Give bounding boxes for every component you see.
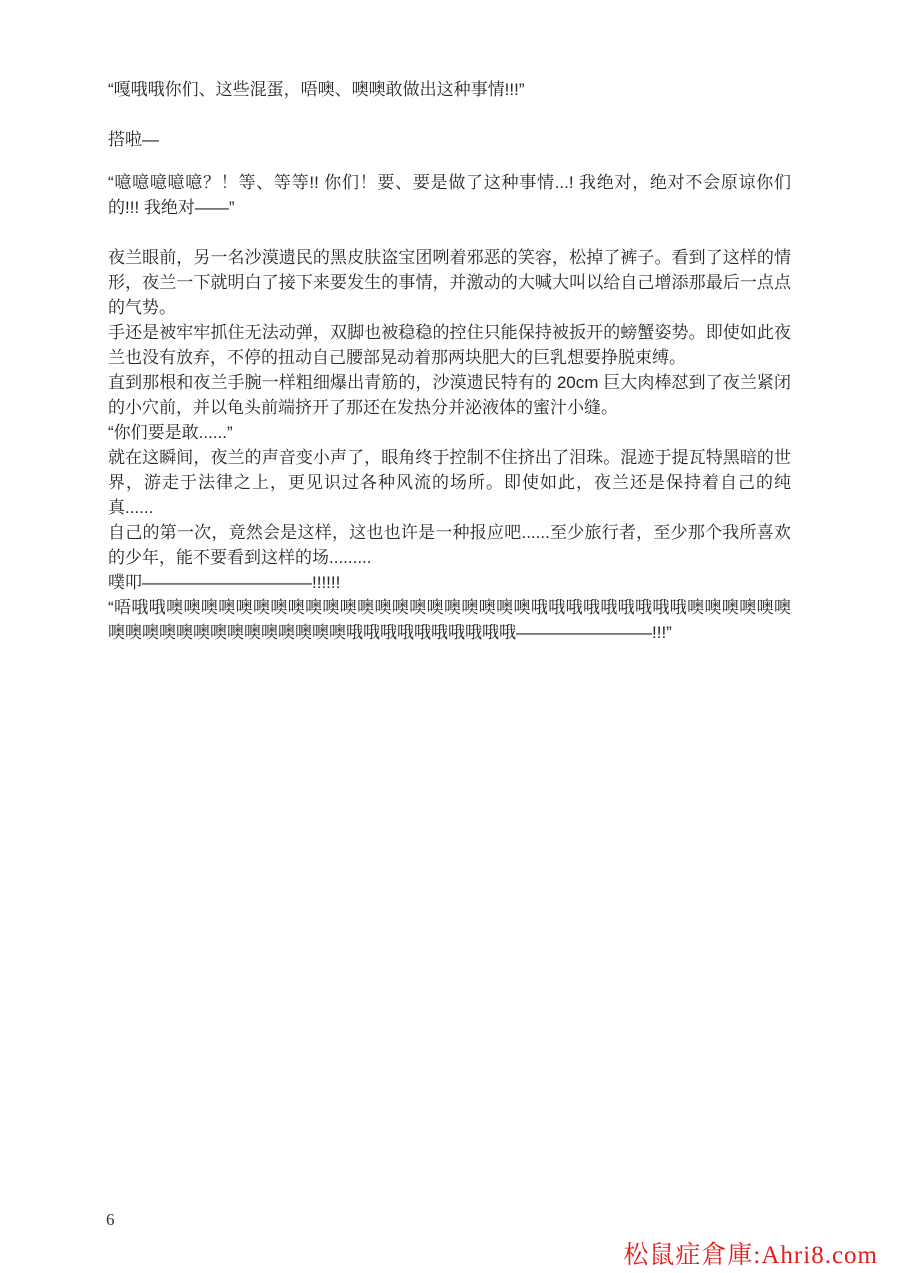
- site-watermark: 松鼠症倉庫:Ahri8.com: [623, 1235, 878, 1271]
- paragraph: 噗叩——————————!!!!!!: [108, 570, 791, 595]
- paragraph: 手还是被牢牢抓住无法动弹，双脚也被稳稳的控住只能保持被扳开的螃蟹姿势。即使如此夜…: [108, 320, 791, 370]
- paragraph: “噫噫噫噫噫？！等、等等!! 你们！要、要是做了这种事情...! 我绝对，绝对不…: [108, 170, 791, 220]
- paragraph: 就在这瞬间，夜兰的声音变小声了，眼角终于控制不住挤出了泪珠。混迹于提瓦特黑暗的世…: [108, 445, 791, 520]
- paragraph: 直到那根和夜兰手腕一样粗细爆出青筋的，沙漠遗民特有的 20cm 巨大肉棒怼到了夜…: [108, 370, 791, 420]
- paragraph: 夜兰眼前，另一名沙漠遗民的黑皮肤盗宝团咧着邪恶的笑容，松掉了裤子。看到了这样的情…: [108, 245, 791, 320]
- page-number: 6: [106, 1210, 115, 1230]
- paragraph: 搭啦—: [108, 127, 791, 152]
- paragraph: “嘎哦哦你们、这些混蛋，唔噢、噢噢敢做出这种事情!!!”: [108, 77, 791, 102]
- document-body: “嘎哦哦你们、这些混蛋，唔噢、噢噢敢做出这种事情!!!” 搭啦— “噫噫噫噫噫？…: [108, 77, 791, 645]
- paragraph: 自己的第一次，竟然会是这样，这也也许是一种报应吧......至少旅行者，至少那个…: [108, 520, 791, 570]
- paragraph: “你们要是敢......”: [108, 420, 791, 445]
- paragraph: “唔哦哦噢噢噢噢噢噢噢噢噢噢噢噢噢噢噢噢噢噢噢噢噢哦哦哦哦哦哦哦哦哦噢噢噢噢噢噢…: [108, 595, 791, 645]
- document-page: “嘎哦哦你们、这些混蛋，唔噢、噢噢敢做出这种事情!!!” 搭啦— “噫噫噫噫噫？…: [0, 0, 900, 1273]
